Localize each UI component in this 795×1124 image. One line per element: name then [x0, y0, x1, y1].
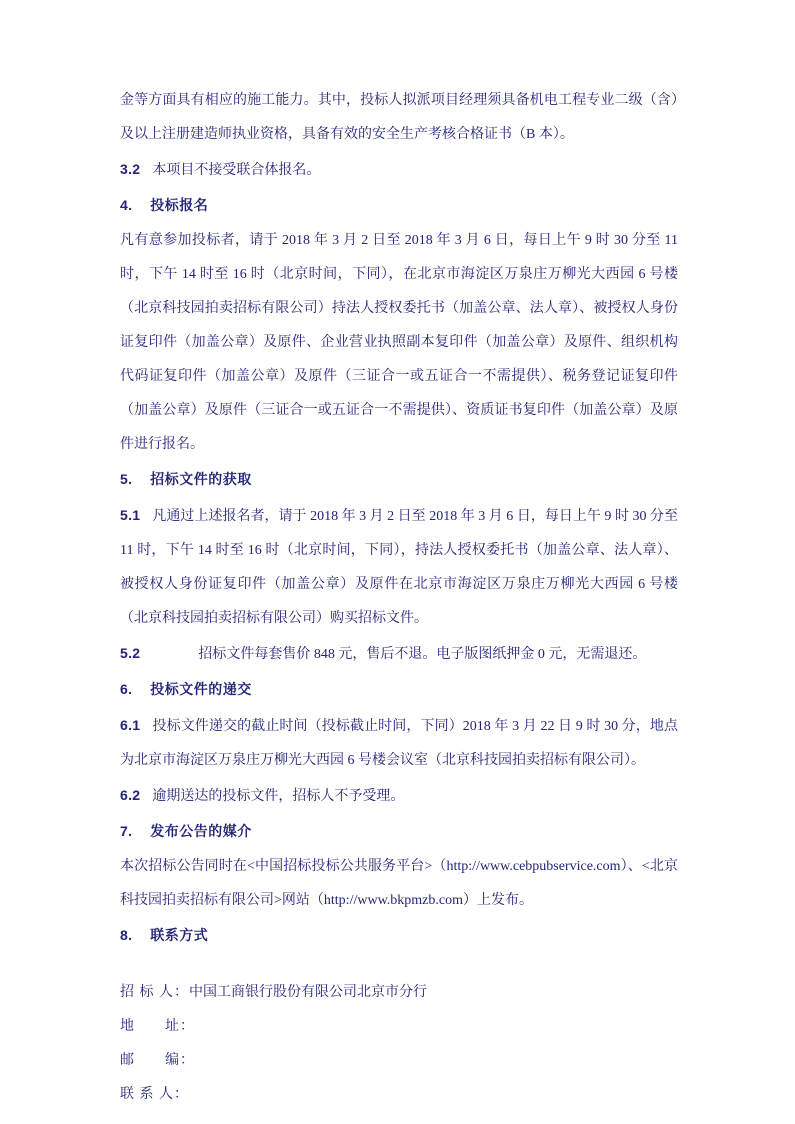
clause-text: 凡通过上述报名者，请于 2018 年 3 月 2 日至 2018 年 3 月 6…: [120, 509, 678, 626]
clause-text: 逾期送达的投标文件，招标人不予受理。: [152, 789, 404, 804]
section-title: 发布公告的媒介: [150, 825, 252, 840]
contact-label: 邮 编：: [120, 1053, 195, 1068]
clause-3-2: 3.2本项目不接受联合体报名。: [120, 152, 678, 188]
section-title: 投标报名: [150, 199, 208, 214]
clause-5-2: 5.2招标文件每套售价 848 元，售后不退。电子版图纸押金 0 元，无需退还。: [120, 636, 678, 672]
contact-label: 招 标 人：: [120, 985, 189, 1000]
contact-line-contact-person: 联 系 人：: [120, 1078, 678, 1112]
clause-number: 6.1: [120, 717, 140, 733]
clause-text: 招标文件每套售价 848 元，售后不退。电子版图纸押金 0 元，无需退还。: [198, 647, 646, 662]
paragraph-announcement-websites: 本次招标公告同时在<中国招标投标公共服务平台>（http://www.cebpu…: [120, 850, 678, 918]
section-heading-5-document-acquisition: 5.招标文件的获取: [120, 462, 678, 498]
clause-text: 投标文件递交的截止时间（投标截止时间，下同）2018 年 3 月 22 日 9 …: [120, 719, 678, 768]
contact-label: 联 系 人：: [120, 1087, 189, 1102]
section-number: 4.: [120, 197, 132, 213]
section-number: 7.: [120, 823, 132, 839]
clause-number: 5.1: [120, 507, 140, 523]
section-title: 投标文件的递交: [150, 683, 252, 698]
contact-line-tenderer: 招 标 人：中国工商银行股份有限公司北京市分行: [120, 976, 678, 1010]
contact-line-postcode: 邮 编：: [120, 1044, 678, 1078]
clause-5-1: 5.1凡通过上述报名者，请于 2018 年 3 月 2 日至 2018 年 3 …: [120, 498, 678, 636]
contact-value: 中国工商银行股份有限公司北京市分行: [189, 985, 427, 1000]
section-heading-6-bid-submission: 6.投标文件的递交: [120, 672, 678, 708]
section-number: 8.: [120, 927, 132, 943]
paragraph-registration-details: 凡有意参加投标者，请于 2018 年 3 月 2 日至 2018 年 3 月 6…: [120, 224, 678, 462]
document-page: 金等方面具有相应的施工能力。其中，投标人拟派项目经理须具备机电工程专业二级（含）…: [0, 0, 795, 1124]
clause-number: 6.2: [120, 787, 140, 803]
clause-text: 本项目不接受联合体报名。: [152, 163, 320, 178]
section-heading-4-bid-registration: 4.投标报名: [120, 188, 678, 224]
clause-6-2: 6.2逾期送达的投标文件，招标人不予受理。: [120, 778, 678, 814]
section-number: 5.: [120, 471, 132, 487]
section-number: 6.: [120, 681, 132, 697]
section-title: 招标文件的获取: [150, 473, 252, 488]
section-heading-8-contact-info: 8.联系方式: [120, 918, 678, 954]
contact-line-address: 地 址：: [120, 1010, 678, 1044]
contact-block: 招 标 人：中国工商银行股份有限公司北京市分行 地 址： 邮 编： 联 系 人：: [120, 976, 678, 1112]
section-title: 联系方式: [150, 929, 208, 944]
contact-label: 地 址：: [120, 1019, 195, 1034]
paragraph-qualification-continued: 金等方面具有相应的施工能力。其中，投标人拟派项目经理须具备机电工程专业二级（含）…: [120, 84, 678, 152]
clause-6-1: 6.1投标文件递交的截止时间（投标截止时间，下同）2018 年 3 月 22 日…: [120, 708, 678, 778]
clause-number: 3.2: [120, 161, 140, 177]
section-heading-7-announcement-media: 7.发布公告的媒介: [120, 814, 678, 850]
clause-number: 5.2: [120, 645, 140, 661]
